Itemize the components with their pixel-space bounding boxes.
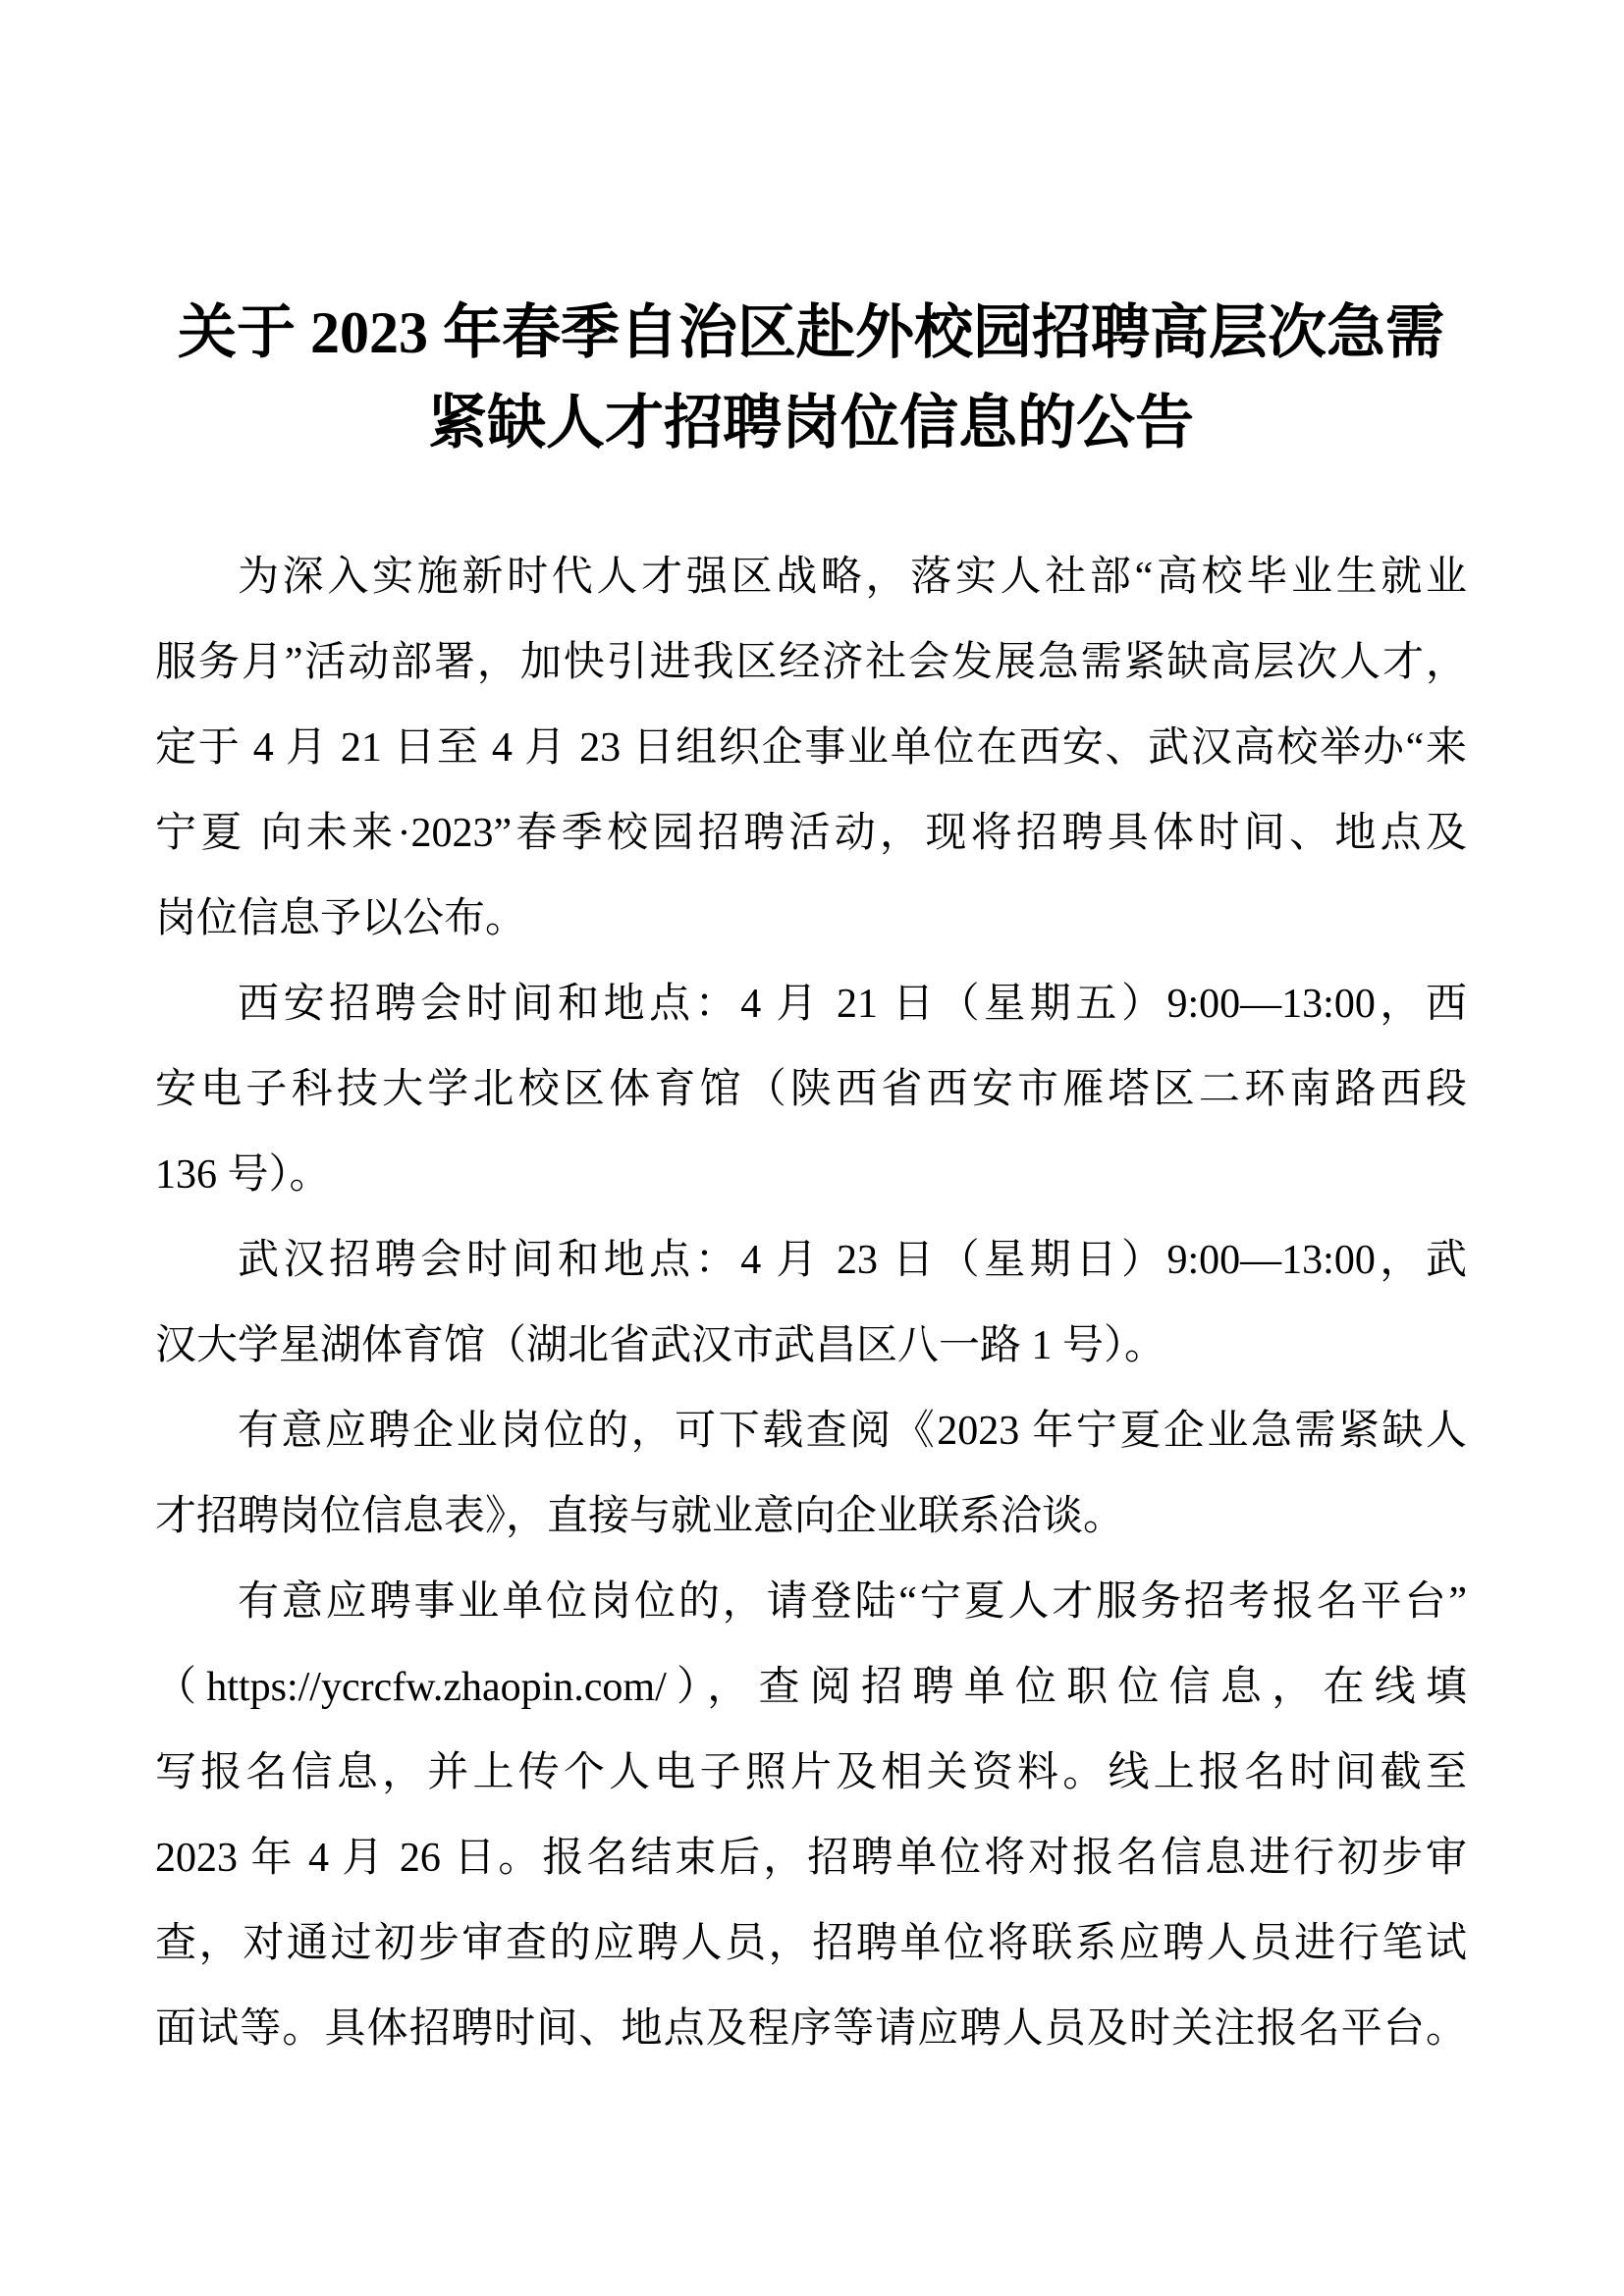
paragraph-3: 武汉招聘会时间和地点：4 月 23 日（星期日）9:00—13:00，武 汉大学… xyxy=(155,1218,1467,1389)
p4-line-2: 才招聘岗位信息表》，直接与就业意向企业联系洽谈。 xyxy=(155,1474,1467,1560)
p1-line-1: 为深入实施新时代人才强区战略，落实人社部“高校毕业生就业 xyxy=(155,535,1467,620)
paragraph-2: 西安招聘会时间和地点：4 月 21 日（星期五）9:00—13:00，西 安电子… xyxy=(155,962,1467,1218)
p5-line-3: 写报名信息，并上传个人电子照片及相关资料。线上报名时间截至 xyxy=(155,1731,1467,1816)
title-line-2: 紧缺人才招聘岗位信息的公告 xyxy=(155,378,1467,468)
p2-line-2: 安电子科技大学北校区体育馆（陕西省西安市雁塔区二环南路西段 xyxy=(155,1047,1467,1133)
p5-line-6: 面试等。具体招聘时间、地点及程序等请应聘人员及时关注报名平台。 xyxy=(155,1987,1467,2072)
p1-line-5: 岗位信息予以公布。 xyxy=(155,877,1467,962)
p3-line-1: 武汉招聘会时间和地点：4 月 23 日（星期日）9:00—13:00，武 xyxy=(155,1218,1467,1304)
p1-line-3: 定于 4 月 21 日至 4 月 23 日组织企事业单位在西安、武汉高校举办“来 xyxy=(155,706,1467,791)
p5-line-5: 查，对通过初步审查的应聘人员，招聘单位将联系应聘人员进行笔试 xyxy=(155,1901,1467,1987)
p1-line-2: 服务月”活动部署，加快引进我区经济社会发展急需紧缺高层次人才， xyxy=(155,620,1467,706)
title-line-1: 关于 2023 年春季自治区赴外校园招聘高层次急需 xyxy=(155,288,1467,378)
p3-line-2: 汉大学星湖体育馆（湖北省武汉市武昌区八一路 1 号）。 xyxy=(155,1304,1467,1389)
paragraph-1: 为深入实施新时代人才强区战略，落实人社部“高校毕业生就业 服务月”活动部署，加快… xyxy=(155,535,1467,962)
document-title: 关于 2023 年春季自治区赴外校园招聘高层次急需 紧缺人才招聘岗位信息的公告 xyxy=(155,288,1467,468)
p4-line-1: 有意应聘企业岗位的，可下载查阅《2023 年宁夏企业急需紧缺人 xyxy=(155,1389,1467,1474)
p2-line-3: 136 号）。 xyxy=(155,1133,1467,1218)
paragraph-5: 有意应聘事业单位岗位的，请登陆“宁夏人才服务招考报名平台” （https://y… xyxy=(155,1560,1467,2072)
paragraph-4: 有意应聘企业岗位的，可下载查阅《2023 年宁夏企业急需紧缺人 才招聘岗位信息表… xyxy=(155,1389,1467,1560)
p2-line-1: 西安招聘会时间和地点：4 月 21 日（星期五）9:00—13:00，西 xyxy=(155,962,1467,1047)
p5-line-2: （https://ycrcfw.zhaopin.com/），查阅招聘单位职位信息… xyxy=(155,1645,1467,1731)
document-body: 为深入实施新时代人才强区战略，落实人社部“高校毕业生就业 服务月”活动部署，加快… xyxy=(155,535,1467,2072)
p1-line-4: 宁夏 向未来·2023”春季校园招聘活动，现将招聘具体时间、地点及 xyxy=(155,791,1467,877)
p5-line-4: 2023 年 4 月 26 日。报名结束后，招聘单位将对报名信息进行初步审 xyxy=(155,1816,1467,1901)
document-page: 关于 2023 年春季自治区赴外校园招聘高层次急需 紧缺人才招聘岗位信息的公告 … xyxy=(0,0,1624,2296)
p5-line-1: 有意应聘事业单位岗位的，请登陆“宁夏人才服务招考报名平台” xyxy=(155,1560,1467,1645)
